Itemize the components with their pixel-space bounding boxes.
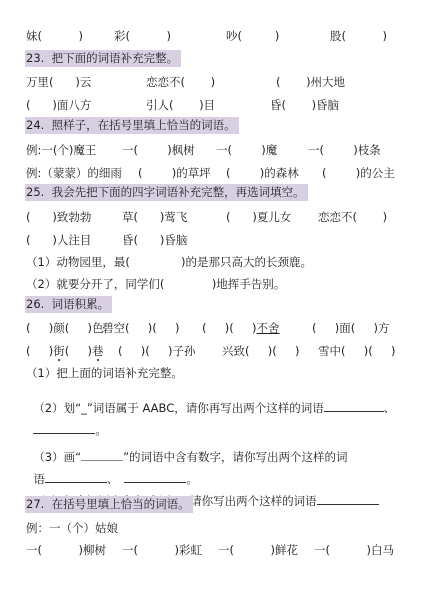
q23-item-3[interactable]: ( )州大地 <box>276 74 345 90</box>
fill-item-mei[interactable]: 妹( ) <box>26 28 83 44</box>
q23-item-1[interactable]: 万里( )云 <box>26 74 91 90</box>
q26-item-3-blanks[interactable]: ( )( ) <box>202 321 257 335</box>
q24-item-6[interactable]: ( )的公主 <box>322 165 395 181</box>
answer-blank-1[interactable] <box>324 400 384 412</box>
q23-item-2[interactable]: 恋恋不( ) <box>146 74 215 90</box>
q25-item-5[interactable]: ( )人注目 <box>26 232 91 248</box>
q26-item-4[interactable]: ( )面( )方 <box>312 320 390 336</box>
q25-row-2: ( )人注目 昏( )昏脑 <box>26 232 33 248</box>
q25-item-6[interactable]: 昏( )昏脑 <box>122 232 187 248</box>
q25-row-1: ( )致勃勃 草( )莺飞 ( )夏儿女 恋恋不( ) <box>26 209 33 225</box>
pinyin-fill-row: 妹( ) 彩( ) 吵( ) 股( ) <box>26 28 33 44</box>
q26-item-7[interactable]: 兴致( )( ) <box>222 343 300 359</box>
q26-sub-3: （3）画“”的词语中含有数字，请你写出两个这样的词 <box>26 433 348 449</box>
question-23-heading: 23. 把下面的词语补充完整。 <box>25 50 181 67</box>
q24-item-2[interactable]: 一( )魔 <box>216 142 277 158</box>
q26-sub-1: （1）把上面的词语补充完整。 <box>26 365 183 381</box>
fill-item-cai[interactable]: 彩( ) <box>114 28 171 44</box>
q25-item-4[interactable]: 恋恋不( ) <box>318 209 387 225</box>
q25-item-2[interactable]: 草( )莺飞 <box>122 209 187 225</box>
q27-item-4[interactable]: 一( )白马 <box>314 542 394 558</box>
q26-item-5-blank-1[interactable]: ( ) <box>26 344 53 358</box>
q27-row: 一( )柳树 一( )彩虹 一( )鲜花 一( )白马 <box>26 542 33 558</box>
question-25-heading: 25. 我会先把下面的四字词语补充完整，再选词填空。 <box>25 184 308 201</box>
fill-item-chao[interactable]: 吵( ) <box>226 28 279 44</box>
q24-item-1[interactable]: 一( )枫树 <box>122 142 195 158</box>
separator: 、 <box>384 401 396 415</box>
q26-sub-3-line-2: 语、。 <box>26 455 198 471</box>
question-26-heading: 26. 词语积累。 <box>25 296 112 313</box>
q26-item-3[interactable]: ( )( )不舍 <box>202 320 280 336</box>
q23-item-6[interactable]: 昏( )昏脑 <box>270 97 339 113</box>
q25-sub-1[interactable]: （1）动物园里，最( )的是那只高大的长颈鹿。 <box>26 254 312 270</box>
q27-item-1[interactable]: 一( )柳树 <box>26 542 106 558</box>
fill-item-gu[interactable]: 股( ) <box>330 28 387 44</box>
q26-item-2[interactable]: 碧空( )( ) <box>102 320 180 336</box>
q24-item-5[interactable]: ( )的森林 <box>226 165 299 181</box>
q23-item-4[interactable]: ( )面八方 <box>26 97 91 113</box>
q26-item-5[interactable]: ( )街( )巷 <box>26 343 104 359</box>
answer-blank-5[interactable] <box>317 493 379 505</box>
q27-item-3[interactable]: 一( )鲜花 <box>218 542 298 558</box>
q24-row-1: 例:一(个)魔王 一( )枫树 一( )魔 一( )枝条 <box>26 142 33 158</box>
q26-item-6[interactable]: ( )( )子孙 <box>118 343 196 359</box>
q24-item-3[interactable]: 一( )枝条 <box>308 142 381 158</box>
q26-row-1: ( )颜( )色 碧空( )( ) ( )( )不舍 ( )面( )方 <box>26 320 33 336</box>
q26-row-2: ( )街( )巷 ( )( )子孙 兴致( )( ) 雪中( )( ) <box>26 343 33 359</box>
q26-sub-2-line-2: 。 <box>26 406 107 422</box>
underlined-word: 不舍 <box>257 321 280 335</box>
q24-example-2: 例:（蒙蒙）的细雨 <box>26 165 122 181</box>
q27-example: 例：一（个）姑娘 <box>26 520 118 536</box>
q24-example-1: 例:一(个)魔王 <box>26 142 96 158</box>
dotted-char-xiang: 巷 <box>92 344 104 358</box>
q23-row-1: 万里( )云 恋恋不( ) ( )州大地 <box>26 74 33 90</box>
q26-item-8[interactable]: 雪中( )( ) <box>318 343 396 359</box>
q26-sub-2: （2）划“_”词语属于 AABC，请你再写出两个这样的词语、 <box>26 384 395 400</box>
q23-item-5[interactable]: 引人( )目 <box>146 97 215 113</box>
dotted-char-jie: 街 <box>53 344 65 358</box>
q26-item-1[interactable]: ( )颜( )色 <box>26 320 104 336</box>
q24-item-4[interactable]: ( )的草坪 <box>138 165 211 181</box>
q25-item-3[interactable]: ( )夏儿女 <box>226 209 291 225</box>
question-24-heading: 24. 照样子，在括号里填上恰当的词语。 <box>25 117 239 134</box>
question-27-heading: 27. 在括号里填上恰当的词语。 <box>25 496 193 513</box>
q25-sub-2[interactable]: （2）就要分开了，同学们( )地挥手告别。 <box>26 276 285 292</box>
q25-item-1[interactable]: ( )致勃勃 <box>26 209 91 225</box>
q26-item-5-blank-2[interactable]: ( ) <box>65 344 92 358</box>
q26-sub-4: （4）加点词语中含有反义词，请你写出两个这样的词语 <box>26 477 379 493</box>
q27-item-2[interactable]: 一( )彩虹 <box>122 542 202 558</box>
q24-row-2: 例:（蒙蒙）的细雨 ( )的草坪 ( )的森林 ( )的公主 <box>26 165 33 181</box>
q23-row-2: ( )面八方 引人( )目 昏( )昏脑 <box>26 97 33 113</box>
